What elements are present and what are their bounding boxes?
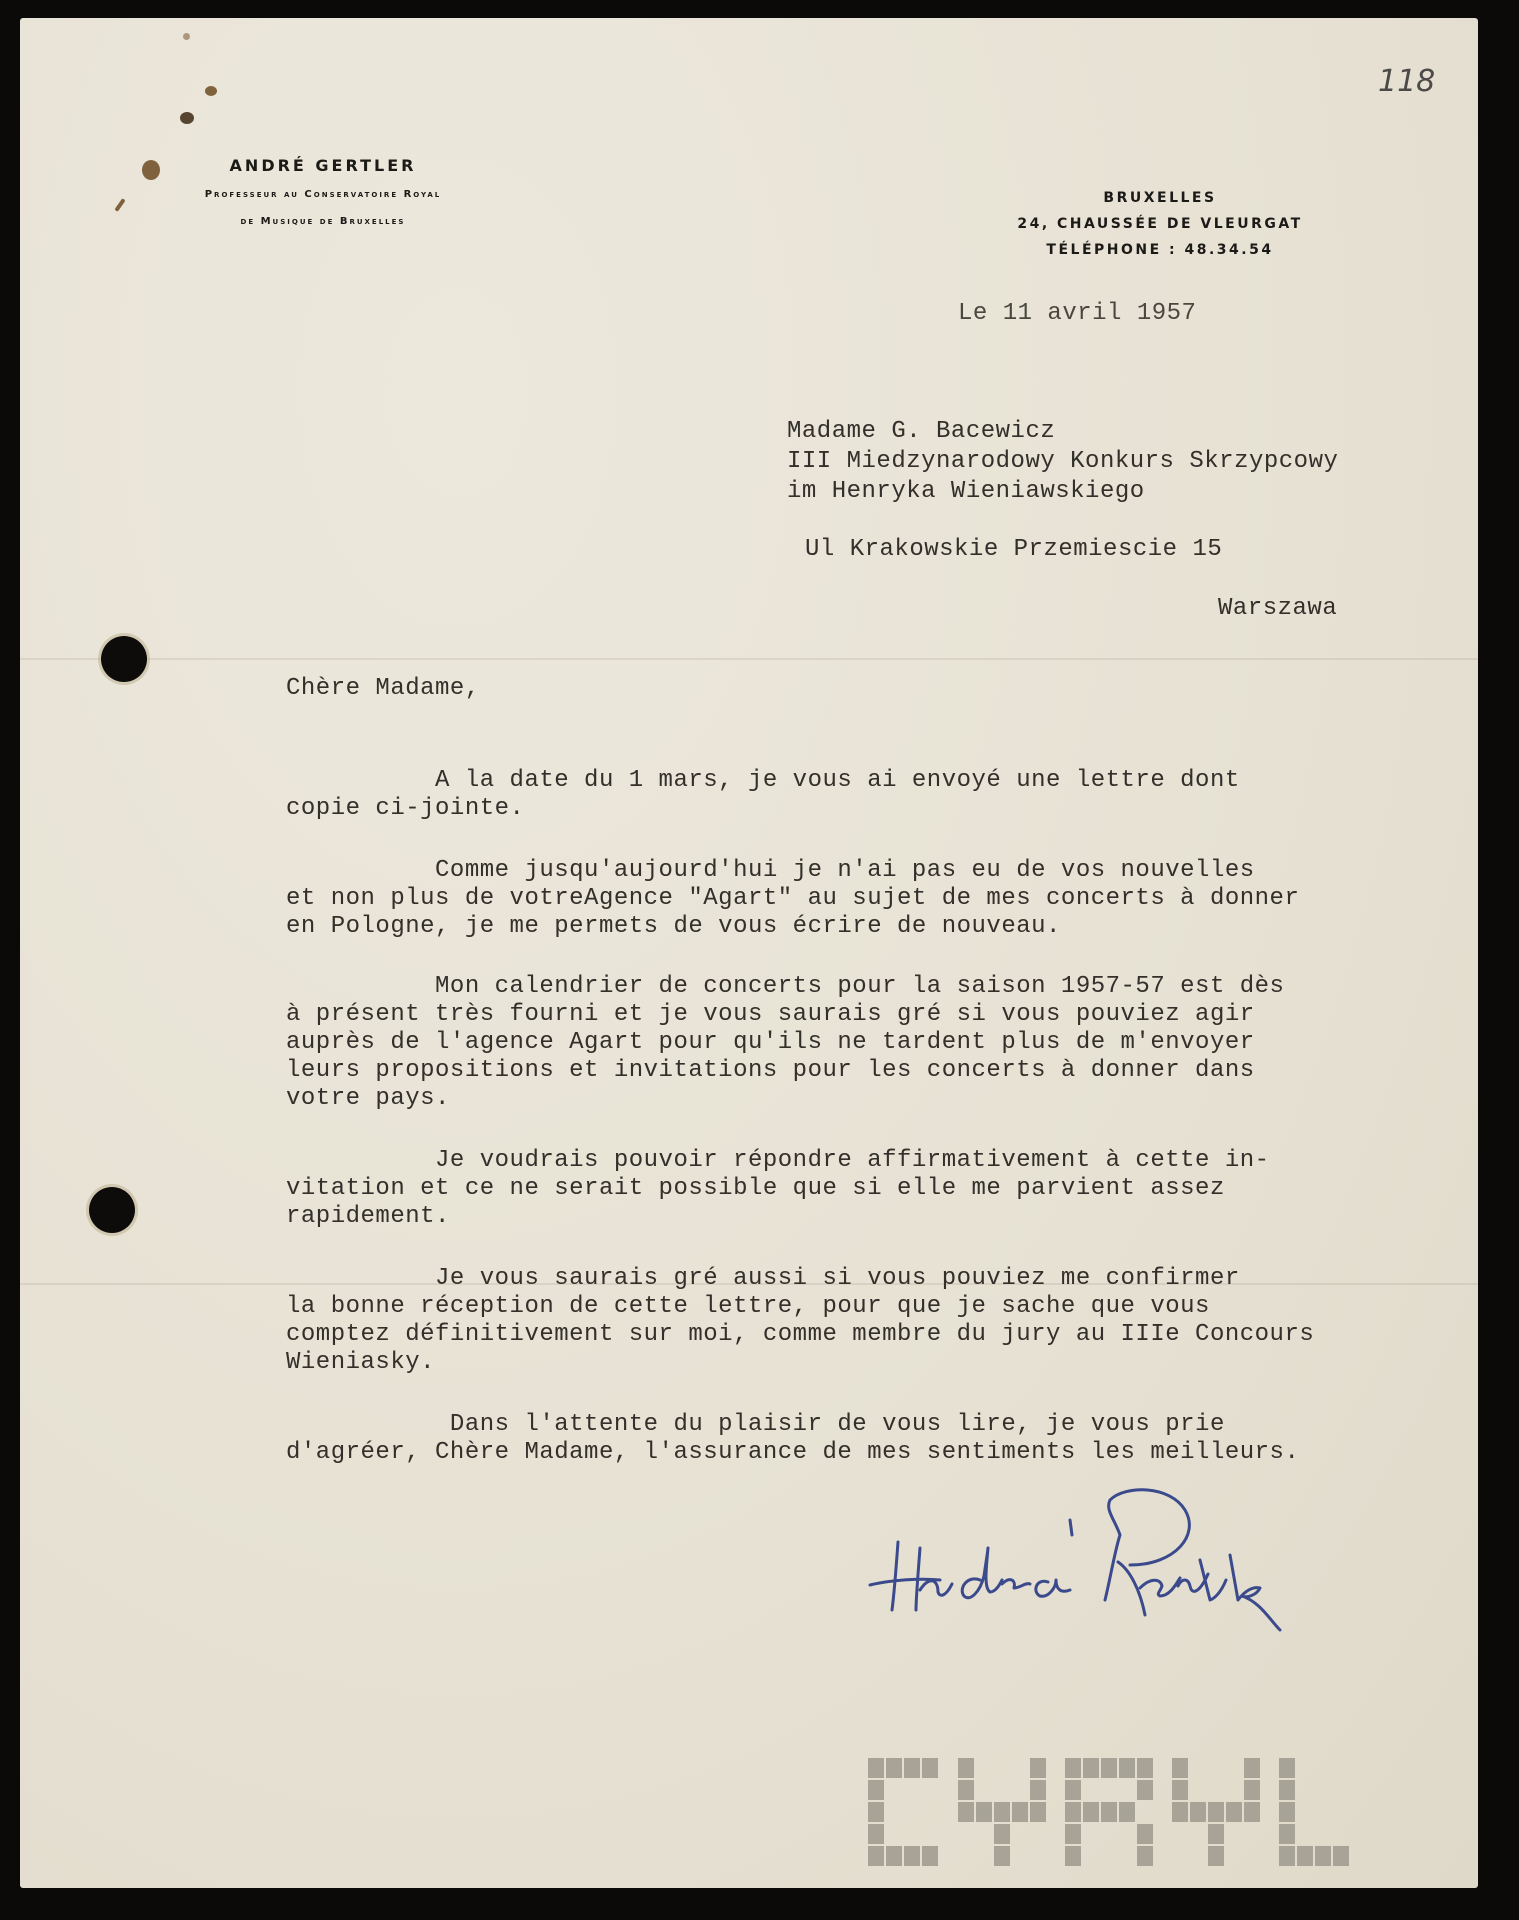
sender-phone: TÉLÉPHONE : 48.34.54 xyxy=(955,242,1365,258)
salutation: Chère Madame, xyxy=(286,675,480,703)
letterhead-right: BRUXELLES 24, CHAUSSÉE DE VLEURGAT TÉLÉP… xyxy=(955,190,1365,268)
handwritten-signature xyxy=(860,1480,1390,1640)
sender-title-line1: Professeur au Conservatoire Royal xyxy=(128,189,518,200)
paragraph-line: en Pologne, je me permets de vous écrire… xyxy=(286,913,1061,941)
letter-date: Le 11 avril 1957 xyxy=(958,300,1196,328)
paragraph-line: copie ci-jointe. xyxy=(286,795,524,823)
paragraph-line: rapidement. xyxy=(286,1203,450,1231)
paragraph-line: Je vous saurais gré aussi si vous pouvie… xyxy=(286,1265,1240,1293)
punch-hole xyxy=(89,1187,135,1233)
recipient-org2: im Henryka Wieniawskiego xyxy=(787,478,1145,506)
stain xyxy=(180,112,194,124)
paragraph-line: d'agréer, Chère Madame, l'assurance de m… xyxy=(286,1439,1299,1467)
sender-address: 24, CHAUSSÉE DE VLEURGAT xyxy=(955,216,1365,232)
sender-name: ANDRÉ GERTLER xyxy=(128,156,518,175)
recipient-street: Ul Krakowskie Przemiescie 15 xyxy=(805,536,1222,564)
paragraph-line: Je voudrais pouvoir répondre affirmative… xyxy=(286,1147,1270,1175)
recipient-org: III Miedzynarodowy Konkurs Skrzypcowy xyxy=(787,448,1338,476)
sender-city: BRUXELLES xyxy=(955,190,1365,206)
paragraph-line: Dans l'attente du plaisir de vous lire, … xyxy=(286,1411,1225,1439)
paragraph-line: Mon calendrier de concerts pour la saiso… xyxy=(286,973,1284,1001)
recipient-name: Madame G. Bacewicz xyxy=(787,418,1055,446)
paragraph-line: comptez définitivement sur moi, comme me… xyxy=(286,1321,1314,1349)
paragraph-line: Comme jusqu'aujourd'hui je n'ai pas eu d… xyxy=(286,857,1255,885)
paragraph-line: vitation et ce ne serait possible que si… xyxy=(286,1175,1225,1203)
archive-number: 118 xyxy=(1378,64,1435,99)
paragraph-line: votre pays. xyxy=(286,1085,450,1113)
paragraph-line: la bonne réception de cette lettre, pour… xyxy=(286,1293,1210,1321)
fold-line xyxy=(20,658,1478,660)
paragraph-line: Wieniasky. xyxy=(286,1349,435,1377)
paragraph-line: auprès de l'agence Agart pour qu'ils ne … xyxy=(286,1029,1255,1057)
punch-hole xyxy=(101,636,147,682)
paragraph-line: et non plus de votreAgence "Agart" au su… xyxy=(286,885,1299,913)
paragraph-line: à présent très fourni et je vous saurais… xyxy=(286,1001,1255,1029)
sender-title-line2: de Musique de Bruxelles xyxy=(128,216,518,227)
recipient-city: Warszawa xyxy=(1218,595,1337,623)
paragraph-line: leurs propositions et invitations pour l… xyxy=(286,1057,1255,1085)
paragraph-line: A la date du 1 mars, je vous ai envoyé u… xyxy=(286,767,1240,795)
letterhead-left: ANDRÉ GERTLER Professeur au Conservatoir… xyxy=(128,156,518,243)
stain xyxy=(183,33,190,40)
stain xyxy=(205,86,217,96)
